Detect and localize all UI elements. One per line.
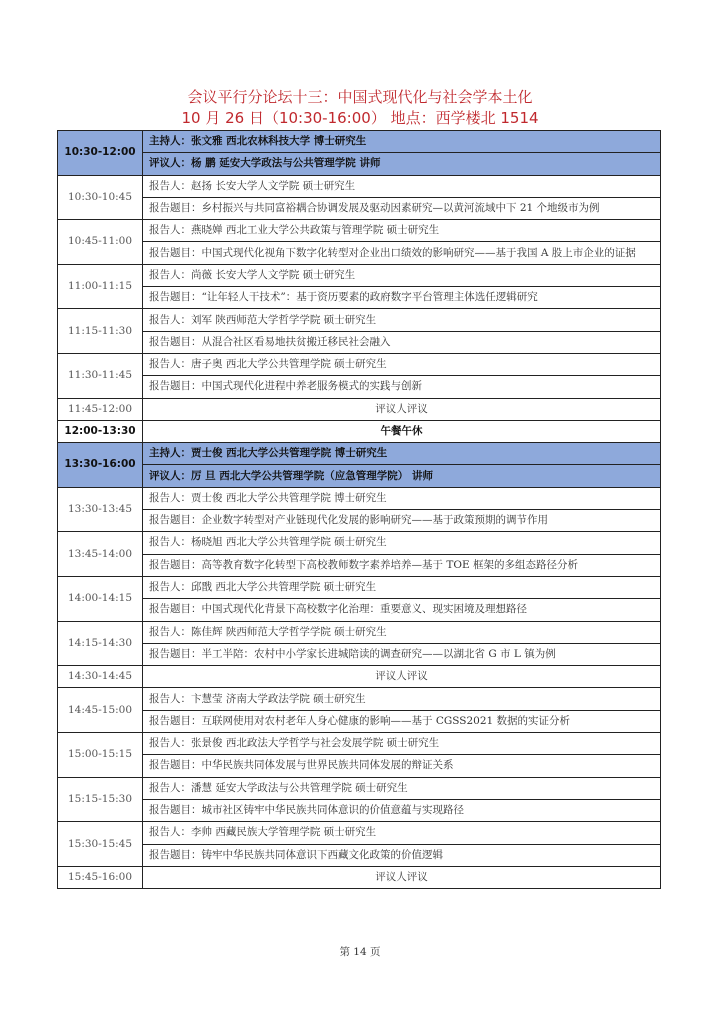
- talk-row: 报告题目：乡村振兴与共同富裕耦合协调发展及驱动因素研究—以黄河流域中下 21 个…: [58, 197, 661, 219]
- forum-title: 会议平行分论坛十三：中国式现代化与社会学本土化: [0, 86, 720, 107]
- talk-speaker: 报告人：刘军 陕西师范大学哲学学院 硕士研究生: [143, 309, 661, 331]
- talk-time: 14:00-14:15: [58, 576, 143, 621]
- talk-topic: 报告题目：半工半陪：农村中小学家长进城陪读的调查研究——以湖北省 G 市 L 镇…: [143, 643, 661, 665]
- talk-speaker: 报告人：唐子奥 西北大学公共管理学院 硕士研究生: [143, 353, 661, 375]
- review-time: 14:30-14:45: [58, 666, 143, 688]
- talk-row: 15:15-15:30报告人：潘慧 延安大学政法与公共管理学院 硕士研究生: [58, 777, 661, 799]
- talk-row: 报告题目：互联网使用对农村老年人身心健康的影响——基于 CGSS2021 数据的…: [58, 710, 661, 732]
- session-header-row: 10:30-12:00 主持人：张文雅 西北农林科技大学 博士研究生: [58, 131, 661, 153]
- talk-time: 15:00-15:15: [58, 733, 143, 778]
- talk-speaker: 报告人：李帅 西藏民族大学管理学院 硕士研究生: [143, 822, 661, 844]
- session-header-row: 评议人：厉 旦 西北大学公共管理学院（应急管理学院） 讲师: [58, 465, 661, 487]
- talk-topic: 报告题目：铸牢中华民族共同体意识下西藏文化政策的价值逻辑: [143, 844, 661, 866]
- talk-time: 11:00-11:15: [58, 264, 143, 309]
- talk-row: 报告题目：“让年轻人干技术”：基于资历要素的政府数字平台管理主体选任逻辑研究: [58, 287, 661, 309]
- review-row: 11:45-12:00评议人评议: [58, 398, 661, 420]
- talk-time: 15:15-15:30: [58, 777, 143, 822]
- review-label: 评议人评议: [143, 398, 661, 420]
- talk-topic: 报告题目：互联网使用对农村老年人身心健康的影响——基于 CGSS2021 数据的…: [143, 710, 661, 732]
- talk-row: 报告题目：铸牢中华民族共同体意识下西藏文化政策的价值逻辑: [58, 844, 661, 866]
- talk-topic: 报告题目：城市社区铸牢中华民族共同体意识的价值意蕴与实现路径: [143, 799, 661, 821]
- talk-speaker: 报告人：贾士俊 西北大学公共管理学院 博士研究生: [143, 487, 661, 509]
- session-header-row: 13:30-16:00 主持人：贾士俊 西北大学公共管理学院 博士研究生: [58, 443, 661, 465]
- talk-topic: 报告题目：中国式现代化视角下数字化转型对企业出口绩效的影响研究——基于我国 A …: [143, 242, 661, 264]
- lunch-label: 午餐午休: [143, 420, 661, 442]
- session-host: 主持人：贾士俊 西北大学公共管理学院 博士研究生: [143, 443, 661, 465]
- talk-row: 11:00-11:15报告人：尚薇 长安大学人文学院 硕士研究生: [58, 264, 661, 286]
- talk-speaker: 报告人：卞慧莹 济南大学政法学院 硕士研究生: [143, 688, 661, 710]
- talk-topic: 报告题目：“让年轻人干技术”：基于资历要素的政府数字平台管理主体选任逻辑研究: [143, 287, 661, 309]
- talk-topic: 报告题目：从混合社区看易地扶贫搬迁移民社会融入: [143, 331, 661, 353]
- talk-row: 10:45-11:00报告人：燕晓婵 西北工业大学公共政策与管理学院 硕士研究生: [58, 220, 661, 242]
- talk-topic: 报告题目：企业数字转型对产业链现代化发展的影响研究——基于政策预期的调节作用: [143, 510, 661, 532]
- review-row: 14:30-14:45评议人评议: [58, 666, 661, 688]
- talk-row: 15:00-15:15报告人：张景俊 西北政法大学哲学与社会发展学院 硕士研究生: [58, 733, 661, 755]
- talk-speaker: 报告人：张景俊 西北政法大学哲学与社会发展学院 硕士研究生: [143, 733, 661, 755]
- talk-speaker: 报告人：尚薇 长安大学人文学院 硕士研究生: [143, 264, 661, 286]
- talk-topic: 报告题目：乡村振兴与共同富裕耦合协调发展及驱动因素研究—以黄河流域中下 21 个…: [143, 197, 661, 219]
- talk-time: 10:30-10:45: [58, 175, 143, 220]
- session-time: 10:30-12:00: [58, 131, 143, 176]
- talk-speaker: 报告人：杨晓旭 西北大学公共管理学院 硕士研究生: [143, 532, 661, 554]
- talk-row: 报告题目：城市社区铸牢中华民族共同体意识的价值意蕴与实现路径: [58, 799, 661, 821]
- talk-row: 报告题目：从混合社区看易地扶贫搬迁移民社会融入: [58, 331, 661, 353]
- session-host: 主持人：张文雅 西北农林科技大学 博士研究生: [143, 131, 661, 153]
- talk-row: 15:30-15:45报告人：李帅 西藏民族大学管理学院 硕士研究生: [58, 822, 661, 844]
- talk-topic: 报告题目：高等教育数字化转型下高校教师数字素养培养—基于 TOE 框架的多组态路…: [143, 554, 661, 576]
- talk-time: 11:15-11:30: [58, 309, 143, 354]
- forum-date-location: 10 月 26 日（10:30-16:00） 地点：西学楼北 1514: [0, 107, 720, 128]
- review-label: 评议人评议: [143, 666, 661, 688]
- talk-topic: 报告题目：中国式现代化背景下高校数字化治理：重要意义、现实困境及理想路径: [143, 599, 661, 621]
- review-time: 15:45-16:00: [58, 866, 143, 888]
- talk-row: 11:30-11:45报告人：唐子奥 西北大学公共管理学院 硕士研究生: [58, 353, 661, 375]
- session-time: 13:30-16:00: [58, 443, 143, 488]
- talk-row: 10:30-10:45报告人：赵扬 长安大学人文学院 硕士研究生: [58, 175, 661, 197]
- talk-speaker: 报告人：燕晓婵 西北工业大学公共政策与管理学院 硕士研究生: [143, 220, 661, 242]
- talk-time: 13:30-13:45: [58, 487, 143, 532]
- review-label: 评议人评议: [143, 866, 661, 888]
- schedule-table: 10:30-12:00 主持人：张文雅 西北农林科技大学 博士研究生 评议人：杨…: [57, 130, 661, 889]
- talk-row: 13:45-14:00报告人：杨晓旭 西北大学公共管理学院 硕士研究生: [58, 532, 661, 554]
- lunch-time: 12:00-13:30: [58, 420, 143, 442]
- talk-time: 15:30-15:45: [58, 822, 143, 867]
- talk-row: 报告题目：中国式现代化进程中养老服务模式的实践与创新: [58, 376, 661, 398]
- review-row: 15:45-16:00评议人评议: [58, 866, 661, 888]
- talk-row: 报告题目：中国式现代化背景下高校数字化治理：重要意义、现实困境及理想路径: [58, 599, 661, 621]
- talk-topic: 报告题目：中华民族共同体发展与世界民族共同体发展的辩证关系: [143, 755, 661, 777]
- session-header-row: 评议人：杨 鹏 延安大学政法与公共管理学院 讲师: [58, 153, 661, 175]
- talk-row: 14:45-15:00报告人：卞慧莹 济南大学政法学院 硕士研究生: [58, 688, 661, 710]
- talk-row: 报告题目：半工半陪：农村中小学家长进城陪读的调查研究——以湖北省 G 市 L 镇…: [58, 643, 661, 665]
- talk-row: 报告题目：企业数字转型对产业链现代化发展的影响研究——基于政策预期的调节作用: [58, 510, 661, 532]
- talk-row: 14:15-14:30报告人：陈佳辉 陕西师范大学哲学学院 硕士研究生: [58, 621, 661, 643]
- talk-time: 14:45-15:00: [58, 688, 143, 733]
- talk-topic: 报告题目：中国式现代化进程中养老服务模式的实践与创新: [143, 376, 661, 398]
- talk-speaker: 报告人：邱戬 西北大学公共管理学院 硕士研究生: [143, 576, 661, 598]
- session-reviewer: 评议人：厉 旦 西北大学公共管理学院（应急管理学院） 讲师: [143, 465, 661, 487]
- talk-speaker: 报告人：赵扬 长安大学人文学院 硕士研究生: [143, 175, 661, 197]
- talk-speaker: 报告人：潘慧 延安大学政法与公共管理学院 硕士研究生: [143, 777, 661, 799]
- page-number: 第 14 页: [0, 944, 720, 959]
- talk-speaker: 报告人：陈佳辉 陕西师范大学哲学学院 硕士研究生: [143, 621, 661, 643]
- talk-row: 报告题目：高等教育数字化转型下高校教师数字素养培养—基于 TOE 框架的多组态路…: [58, 554, 661, 576]
- talk-time: 11:30-11:45: [58, 353, 143, 398]
- talk-row: 13:30-13:45报告人：贾士俊 西北大学公共管理学院 博士研究生: [58, 487, 661, 509]
- talk-time: 10:45-11:00: [58, 220, 143, 265]
- talk-time: 14:15-14:30: [58, 621, 143, 666]
- talk-row: 报告题目：中华民族共同体发展与世界民族共同体发展的辩证关系: [58, 755, 661, 777]
- talk-row: 11:15-11:30报告人：刘军 陕西师范大学哲学学院 硕士研究生: [58, 309, 661, 331]
- talk-row: 14:00-14:15报告人：邱戬 西北大学公共管理学院 硕士研究生: [58, 576, 661, 598]
- talk-row: 报告题目：中国式现代化视角下数字化转型对企业出口绩效的影响研究——基于我国 A …: [58, 242, 661, 264]
- lunch-row: 12:00-13:30午餐午休: [58, 420, 661, 442]
- session-reviewer: 评议人：杨 鹏 延安大学政法与公共管理学院 讲师: [143, 153, 661, 175]
- review-time: 11:45-12:00: [58, 398, 143, 420]
- talk-time: 13:45-14:00: [58, 532, 143, 577]
